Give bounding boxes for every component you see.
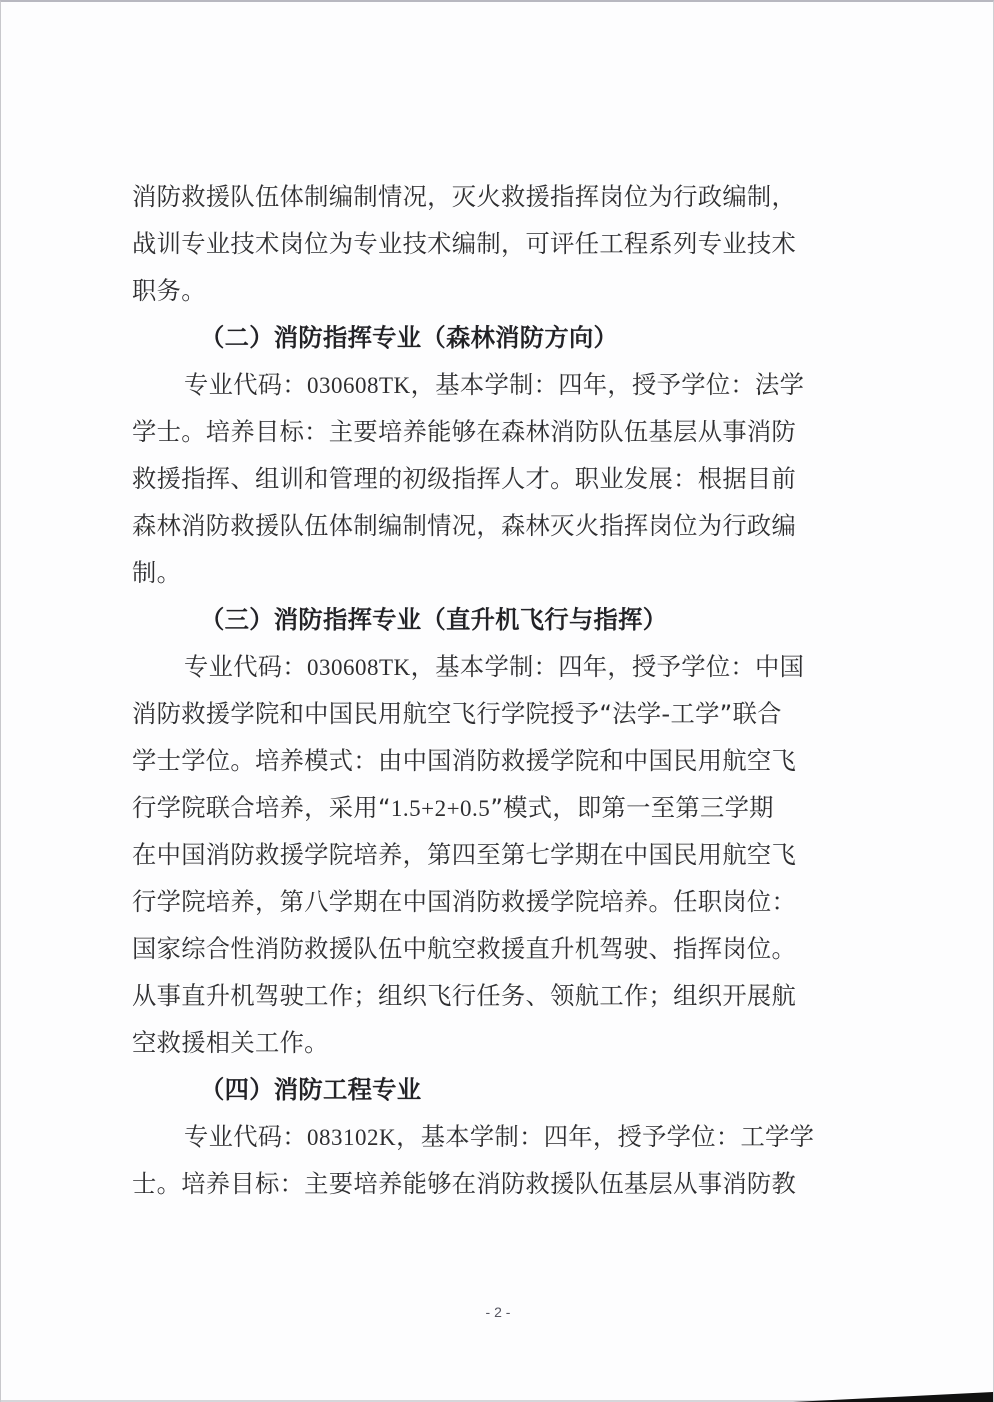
label-text: ”模式，即第一至第三学期 bbox=[490, 793, 773, 822]
paragraph-line: 在中国消防救援学院培养，第四至第七学期在中国民用航空飞 bbox=[132, 831, 862, 878]
label-text: 专业代码： bbox=[184, 370, 307, 399]
paragraph-line: 从事直升机驾驶工作；组织飞行任务、领航工作；组织开展航 bbox=[132, 972, 862, 1019]
section-heading-fire-engineering: （四）消防工程专业 bbox=[132, 1066, 862, 1113]
paragraph-line: 士。培养目标：主要培养能够在消防救援队伍基层从事消防教 bbox=[132, 1160, 862, 1207]
section-heading-forest-fire-command: （二）消防指挥专业（森林消防方向） bbox=[132, 314, 862, 361]
major-code: 030608TK bbox=[307, 655, 411, 680]
paragraph-line: 专业代码：083102K，基本学制：四年，授予学位：工学学 bbox=[132, 1113, 862, 1160]
scan-shadow-corner bbox=[793, 1392, 993, 1402]
paragraph-line: 森林消防救援队伍体制编制情况，森林灭火指挥岗位为行政编 bbox=[132, 502, 862, 549]
label-text: 专业代码： bbox=[184, 1122, 307, 1151]
label-text: ，基本学制：四年，授予学位：法学 bbox=[411, 370, 805, 399]
training-mode-formula: 1.5+2+0.5 bbox=[391, 796, 490, 821]
paragraph-line: 消防救援队伍体制编制情况，灭火救援指挥岗位为行政编制， bbox=[132, 173, 862, 220]
page-number: - 2 - bbox=[1, 1304, 994, 1320]
major-code: 030608TK bbox=[307, 373, 411, 398]
paragraph-line: 学士学位。培养模式：由中国消防救援学院和中国民用航空飞 bbox=[132, 737, 862, 784]
major-code: 083102K bbox=[307, 1125, 396, 1150]
paragraph-line: 救援指挥、组训和管理的初级指挥人才。职业发展：根据目前 bbox=[132, 455, 862, 502]
document-page: 消防救援队伍体制编制情况，灭火救援指挥岗位为行政编制， 战训专业技术岗位为专业技… bbox=[0, 0, 994, 1402]
paragraph-line: 行学院联合培养，采用“1.5+2+0.5”模式，即第一至第三学期 bbox=[132, 784, 862, 831]
paragraph-line: 学士。培养目标：主要培养能够在森林消防队伍基层从事消防 bbox=[132, 408, 862, 455]
paragraph-line: 空救援相关工作。 bbox=[132, 1019, 862, 1066]
paragraph-line: 国家综合性消防救援队伍中航空救援直升机驾驶、指挥岗位。 bbox=[132, 925, 862, 972]
label-text: 专业代码： bbox=[184, 652, 307, 681]
paragraph-line: 专业代码：030608TK，基本学制：四年，授予学位：法学 bbox=[132, 361, 862, 408]
paragraph-line: 消防救援学院和中国民用航空飞行学院授予“法学-工学”联合 bbox=[132, 690, 862, 737]
section-heading-helicopter-flight-command: （三）消防指挥专业（直升机飞行与指挥） bbox=[132, 596, 862, 643]
label-text: 行学院联合培养，采用“ bbox=[132, 793, 391, 822]
paragraph-line: 制。 bbox=[132, 549, 862, 596]
paragraph-line: 专业代码：030608TK，基本学制：四年，授予学位：中国 bbox=[132, 643, 862, 690]
paragraph-line: 职务。 bbox=[132, 267, 862, 314]
page-body: 消防救援队伍体制编制情况，灭火救援指挥岗位为行政编制， 战训专业技术岗位为专业技… bbox=[132, 173, 862, 1207]
label-text: ，基本学制：四年，授予学位：中国 bbox=[411, 652, 805, 681]
label-text: ，基本学制：四年，授予学位：工学学 bbox=[396, 1122, 814, 1151]
paragraph-line: 行学院培养，第八学期在中国消防救援学院培养。任职岗位： bbox=[132, 878, 862, 925]
paragraph-line: 战训专业技术岗位为专业技术编制，可评任工程系列专业技术 bbox=[132, 220, 862, 267]
